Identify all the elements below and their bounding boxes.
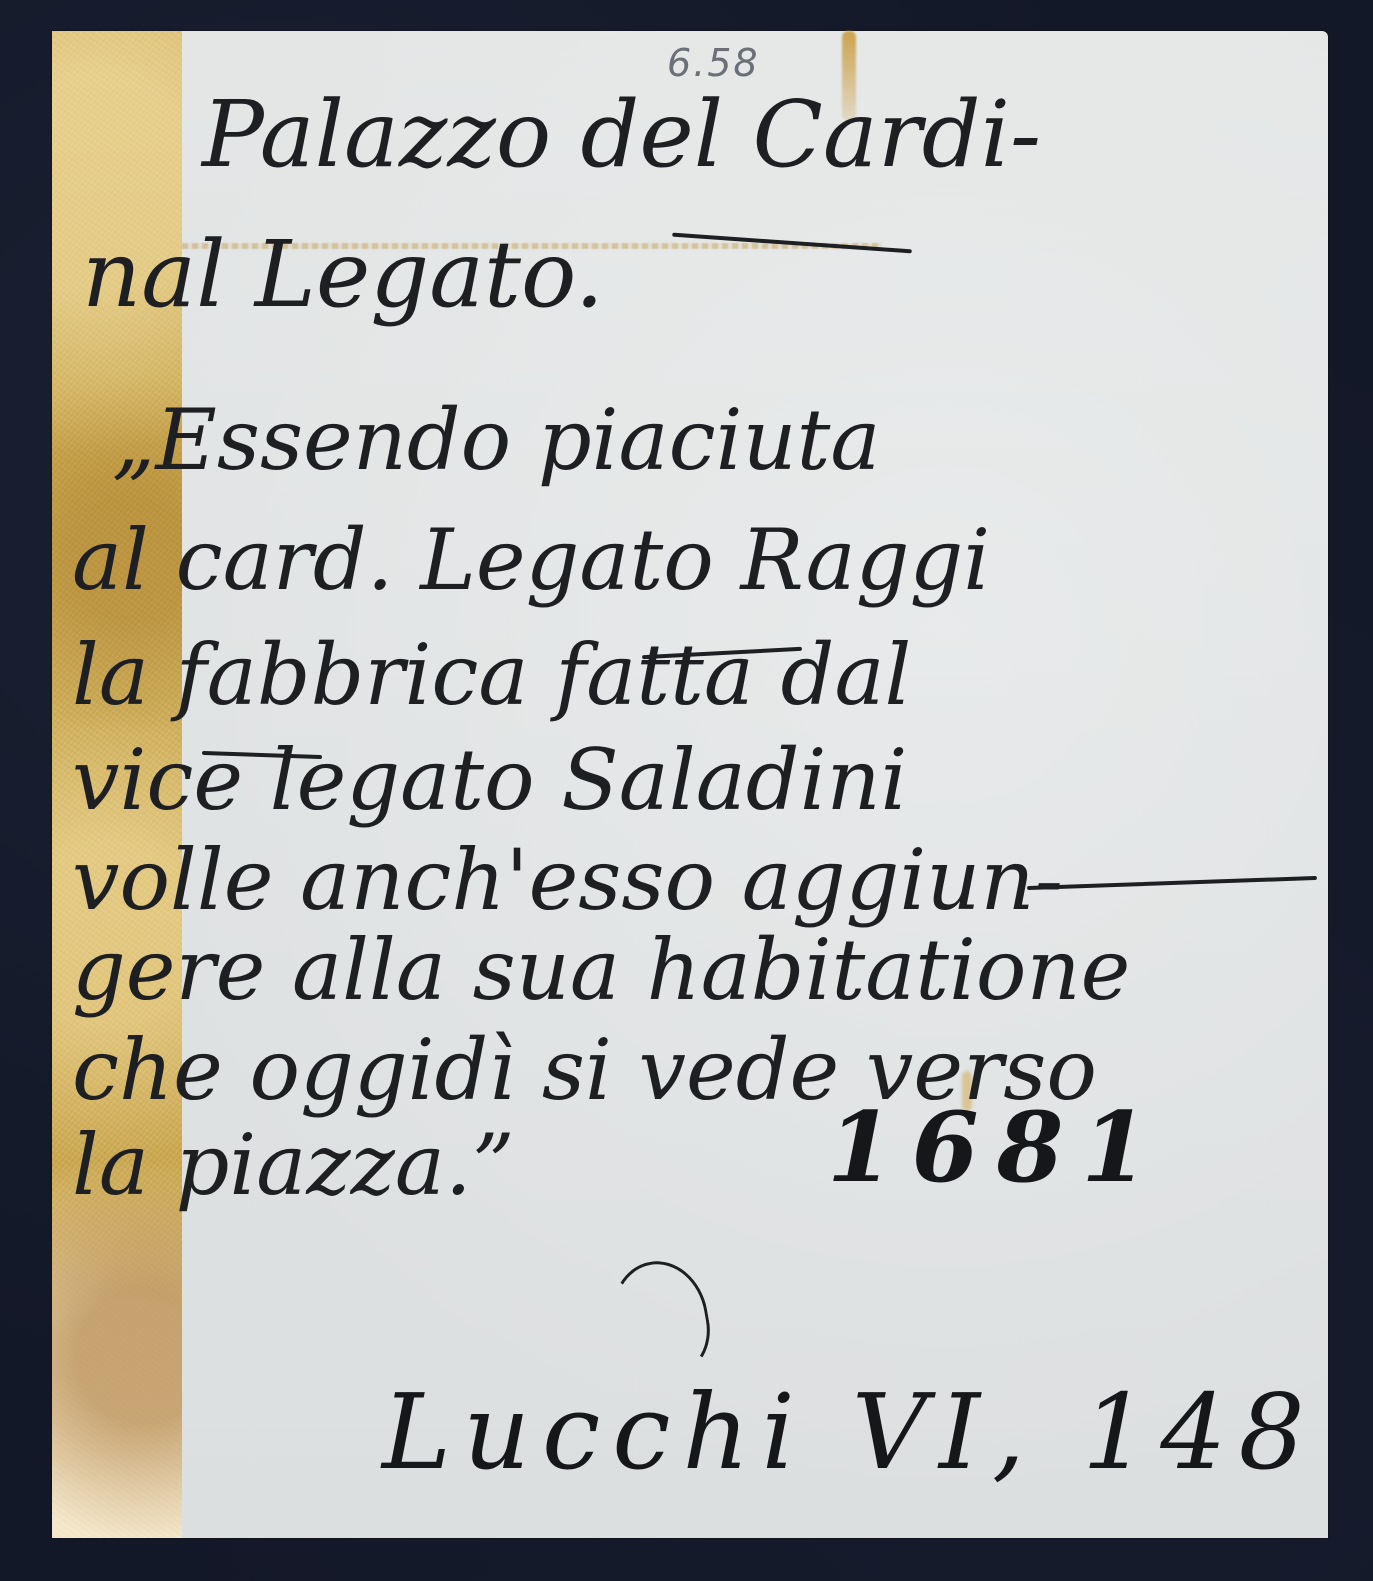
text-line-10: la piazza.”	[72, 1116, 515, 1214]
archive-number: 6.58	[667, 41, 760, 85]
text-line-5: la fabbrica fatta dal	[72, 626, 911, 724]
text-line-1: Palazzo del Cardi-	[202, 81, 1041, 188]
text-line-3: „Essendo piaciuta	[112, 391, 880, 489]
text-line-4: al card. Legato Raggi	[72, 511, 990, 609]
document-sheet: 6.58 Palazzo del Cardi- nal Legato. „Ess…	[52, 31, 1328, 1538]
source-reference: Lucchi VI, 148	[382, 1371, 1317, 1493]
text-line-2: nal Legato.	[82, 221, 604, 328]
text-line-6: vice legato Saladini	[72, 731, 907, 829]
year: 1681	[827, 1091, 1166, 1204]
text-line-7: volle anch'esso aggiun-	[72, 831, 1063, 929]
overline-stroke	[1027, 876, 1317, 890]
signature-flourish	[603, 1254, 718, 1385]
text-line-8: gere alla sua habitatione	[72, 921, 1130, 1019]
